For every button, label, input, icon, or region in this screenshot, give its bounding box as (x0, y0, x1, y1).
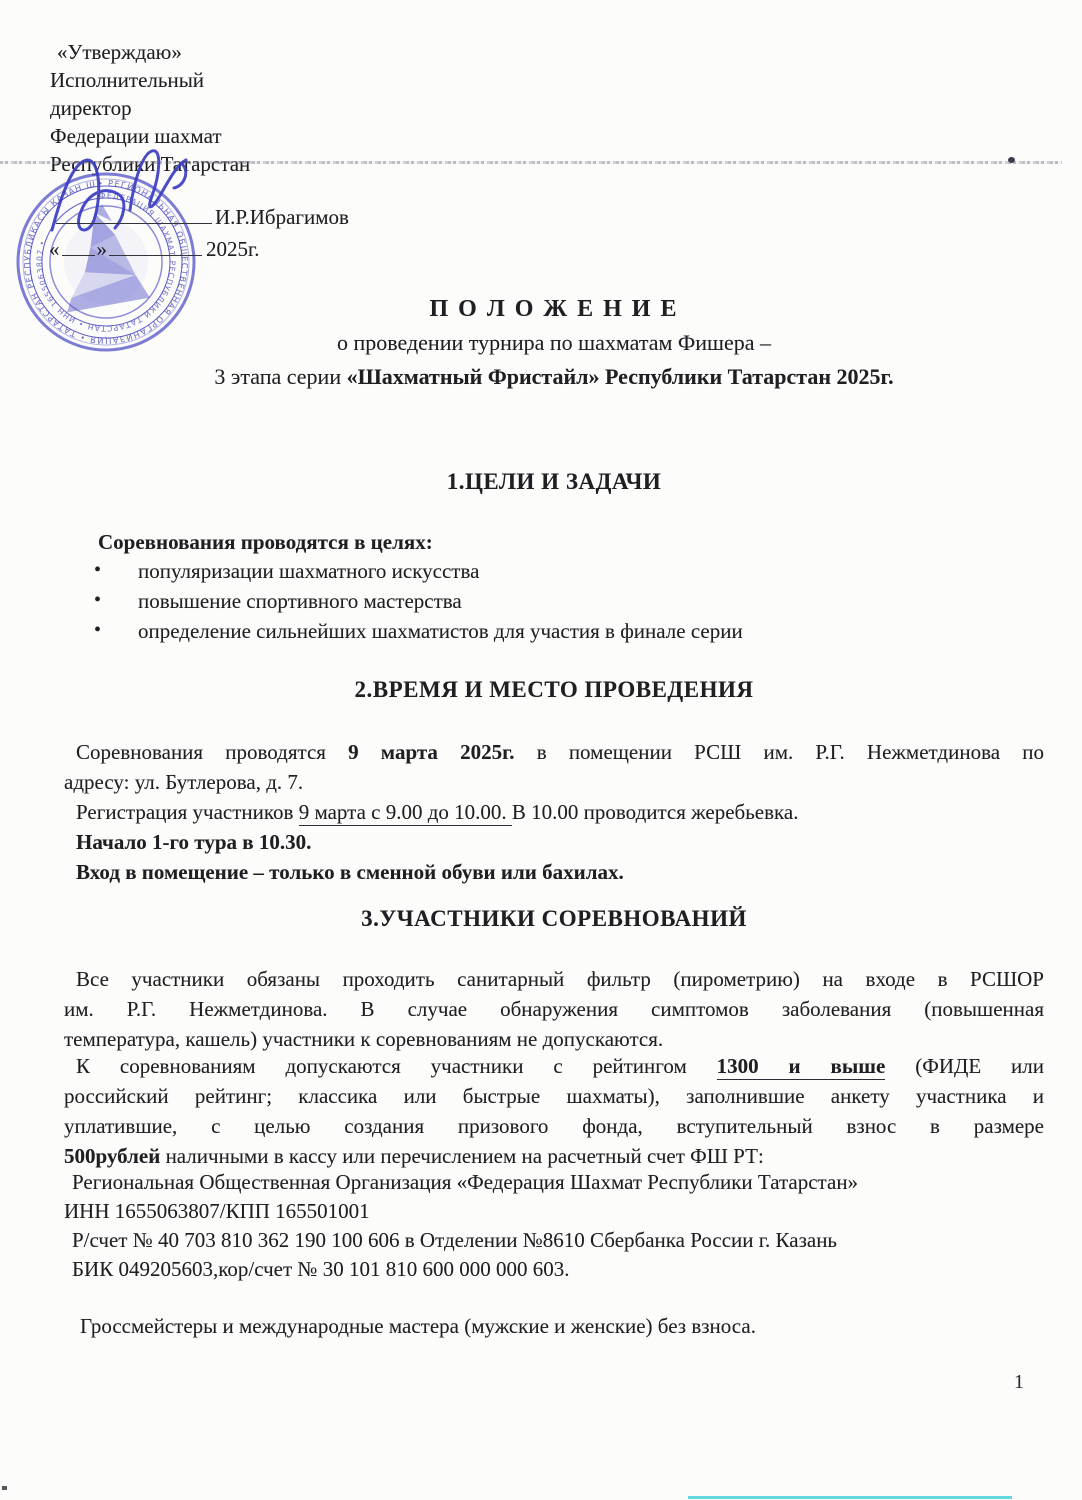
exemption-note: Гроссмейстеры и международные мастера (м… (64, 1311, 1060, 1341)
document-subtitle-1: о проведении турнира по шахматам Фишера … (64, 330, 1044, 356)
bank-line: БИК 049205603,кор/счет № 30 101 810 600 … (64, 1255, 1044, 1284)
document-page: «Утверждаю» Исполнительный директор Феде… (0, 0, 1082, 1500)
underlined-phrase: 9 марта с 9.00 до 10.00. (299, 800, 512, 826)
bank-line: Р/счет № 40 703 810 362 190 100 606 в От… (64, 1226, 1044, 1255)
section3-paragraph-2: К соревнованиям допускаются участники с … (64, 1051, 1044, 1171)
section2-heading: 2.ВРЕМЯ И МЕСТО ПРОВЕДЕНИЯ (64, 677, 1044, 703)
bank-line: ИНН 1655063807/КПП 165501001 (64, 1197, 1044, 1226)
bullet-text: популяризации шахматного искусства (138, 559, 479, 584)
date-row: «»2025г. (49, 236, 260, 262)
paragraph-line: К соревнованиям допускаются участники с … (64, 1051, 1044, 1081)
scan-artifact-speck (2, 1486, 7, 1490)
section2-body: Соревнования проводятся 9 марта 2025г. в… (64, 737, 1044, 887)
signature-row: И.Р.Ибрагимов (56, 204, 349, 230)
paragraph-line: Соревнования проводятся 9 марта 2025г. в… (64, 737, 1044, 767)
scan-artifact-cyan-line (688, 1496, 1012, 1499)
bullet-text: повышение спортивного мастерства (138, 589, 462, 614)
signature-blank-line (56, 204, 212, 224)
underlined-phrase: 1300 и выше (717, 1054, 886, 1080)
section3-paragraph-1: Все участники обязаны проходить санитарн… (64, 964, 1044, 1054)
bullet-icon: • (94, 619, 101, 642)
date-year: 2025г. (206, 237, 260, 261)
paragraph-line: Вход в помещение – только в сменной обув… (64, 857, 1044, 887)
paragraph-line: уплатившие, с целью создания призового ф… (64, 1111, 1044, 1141)
document-subtitle-2: 3 этапа серии «Шахматный Фристайл» Респу… (64, 364, 1044, 390)
approval-line: Исполнительный (50, 66, 250, 94)
signature-scrawl (42, 138, 197, 248)
page-number: 1 (1014, 1371, 1024, 1394)
approval-line: «Утверждаю» (50, 38, 250, 66)
section1-intro: Соревнования проводятся в целях: (98, 530, 433, 555)
date-day-blank (62, 236, 95, 256)
date-quote-open: « (49, 237, 60, 261)
paragraph-line: 500рублей наличными в кассу или перечисл… (64, 1141, 1044, 1171)
bullet-icon: • (94, 559, 101, 582)
document-title-block: П О Л О Ж Е Н И Е о проведении турнира п… (64, 296, 1044, 390)
bullet-text: определение сильнейших шахматистов для у… (138, 619, 743, 644)
paragraph-line: им. Р.Г. Нежметдинова. В случае обнаруже… (64, 994, 1044, 1024)
bank-details-block: Региональная Общественная Организация «Ф… (64, 1168, 1044, 1284)
paragraph-line: адресу: ул. Бутлерова, д. 7. (64, 767, 1044, 797)
section1-heading: 1.ЦЕЛИ И ЗАДАЧИ (64, 469, 1044, 495)
paragraph-line: температура, кашель) участники к соревно… (64, 1024, 1044, 1054)
bullet-icon: • (94, 589, 101, 612)
signatory-name: И.Р.Ибрагимов (215, 205, 349, 229)
paragraph-line: Регистрация участников 9 марта с 9.00 до… (64, 797, 1044, 827)
section3-heading: 3.УЧАСТНИКИ СОРЕВНОВАНИЙ (64, 906, 1044, 932)
date-quote-close: » (97, 237, 108, 261)
approval-line: директор (50, 94, 250, 122)
scan-artifact-dot (1008, 157, 1015, 163)
paragraph-line: российский рейтинг; классика или быстрые… (64, 1081, 1044, 1111)
date-month-blank (109, 236, 202, 256)
paragraph-line: Начало 1-го тура в 10.30. (64, 827, 1044, 857)
document-title: П О Л О Ж Е Н И Е (64, 296, 1044, 323)
bank-line: Региональная Общественная Организация «Ф… (64, 1168, 1044, 1197)
paragraph-line: Все участники обязаны проходить санитарн… (64, 964, 1044, 994)
